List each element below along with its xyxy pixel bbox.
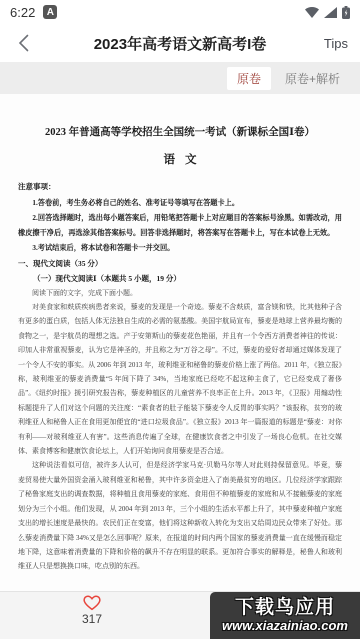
exam-subject: 语文 <box>18 151 342 167</box>
watermark-url: www.xiazainiao.com <box>222 618 348 633</box>
tab-original-paper[interactable]: 原卷 <box>227 67 271 90</box>
notice-item: 3.考试结束后，将本试卷和答题卡一并交回。 <box>18 241 342 256</box>
tab-paper-with-analysis[interactable]: 原卷+解析 <box>275 67 350 90</box>
reading-passage: 对美食家和麸质疾病患者来说，藜麦的发现是一个奇迹。藜麦不含麸质，富含镁和铁，比其… <box>18 300 342 574</box>
cellular-signal-icon <box>324 7 337 18</box>
heart-icon <box>83 595 101 611</box>
notice-item: 1.答卷前，考生务必将自己的姓名、准考证号等填写在答题卡上。 <box>18 196 342 211</box>
battery-charging-icon <box>342 6 350 19</box>
wifi-icon <box>305 7 319 18</box>
clock: 6:22 <box>10 5 35 20</box>
favorite-button[interactable]: 317 <box>72 595 112 626</box>
passage-paragraph: 对美食家和麸质疾病患者来说，藜麦的发现是一个奇迹。藜麦不含麸质，富含镁和铁，比其… <box>18 300 342 458</box>
passage-instruction: 阅读下面的文字，完成下面小题。 <box>18 286 342 300</box>
subsection-heading: （一）现代文阅读Ⅰ（本题共 5 小题，19 分） <box>18 271 342 286</box>
favorite-count: 317 <box>82 612 102 626</box>
notice-item: 2.回答选择题时，选出每小题答案后，用铅笔把答题卡上对应题目的答案标号涂黑。如需… <box>18 211 342 241</box>
exam-title: 2023 年普通高等学校招生全国统一考试（新课标全国Ⅰ卷） <box>18 124 342 139</box>
exam-paper-page[interactable]: 2023 年普通高等学校招生全国统一考试（新课标全国Ⅰ卷） 语文 注意事项： 1… <box>0 94 360 591</box>
nav-bar: 2023年高考语文新高考I卷 Tips <box>0 24 360 62</box>
passage-paragraph: 这种说法看似可信，被许多人认可，但是经济学家马克·贝勒马尔等人对此则持保留意见。… <box>18 458 342 573</box>
section-heading: 一、现代文阅读（35 分） <box>18 256 342 271</box>
view-mode-toggle: 原卷 原卷+解析 <box>0 62 360 94</box>
back-button[interactable] <box>12 32 34 54</box>
notice-heading: 注意事项： <box>18 181 342 192</box>
notification-app-icon: A <box>43 5 57 19</box>
watermark-app-name: 下载鸟应用 <box>235 598 335 618</box>
tips-button[interactable]: Tips <box>324 36 348 51</box>
status-bar: 6:22 A <box>0 0 360 24</box>
app-watermark: 下载鸟应用 www.xiazainiao.com <box>210 592 360 639</box>
page-title: 2023年高考语文新高考I卷 <box>0 33 360 54</box>
